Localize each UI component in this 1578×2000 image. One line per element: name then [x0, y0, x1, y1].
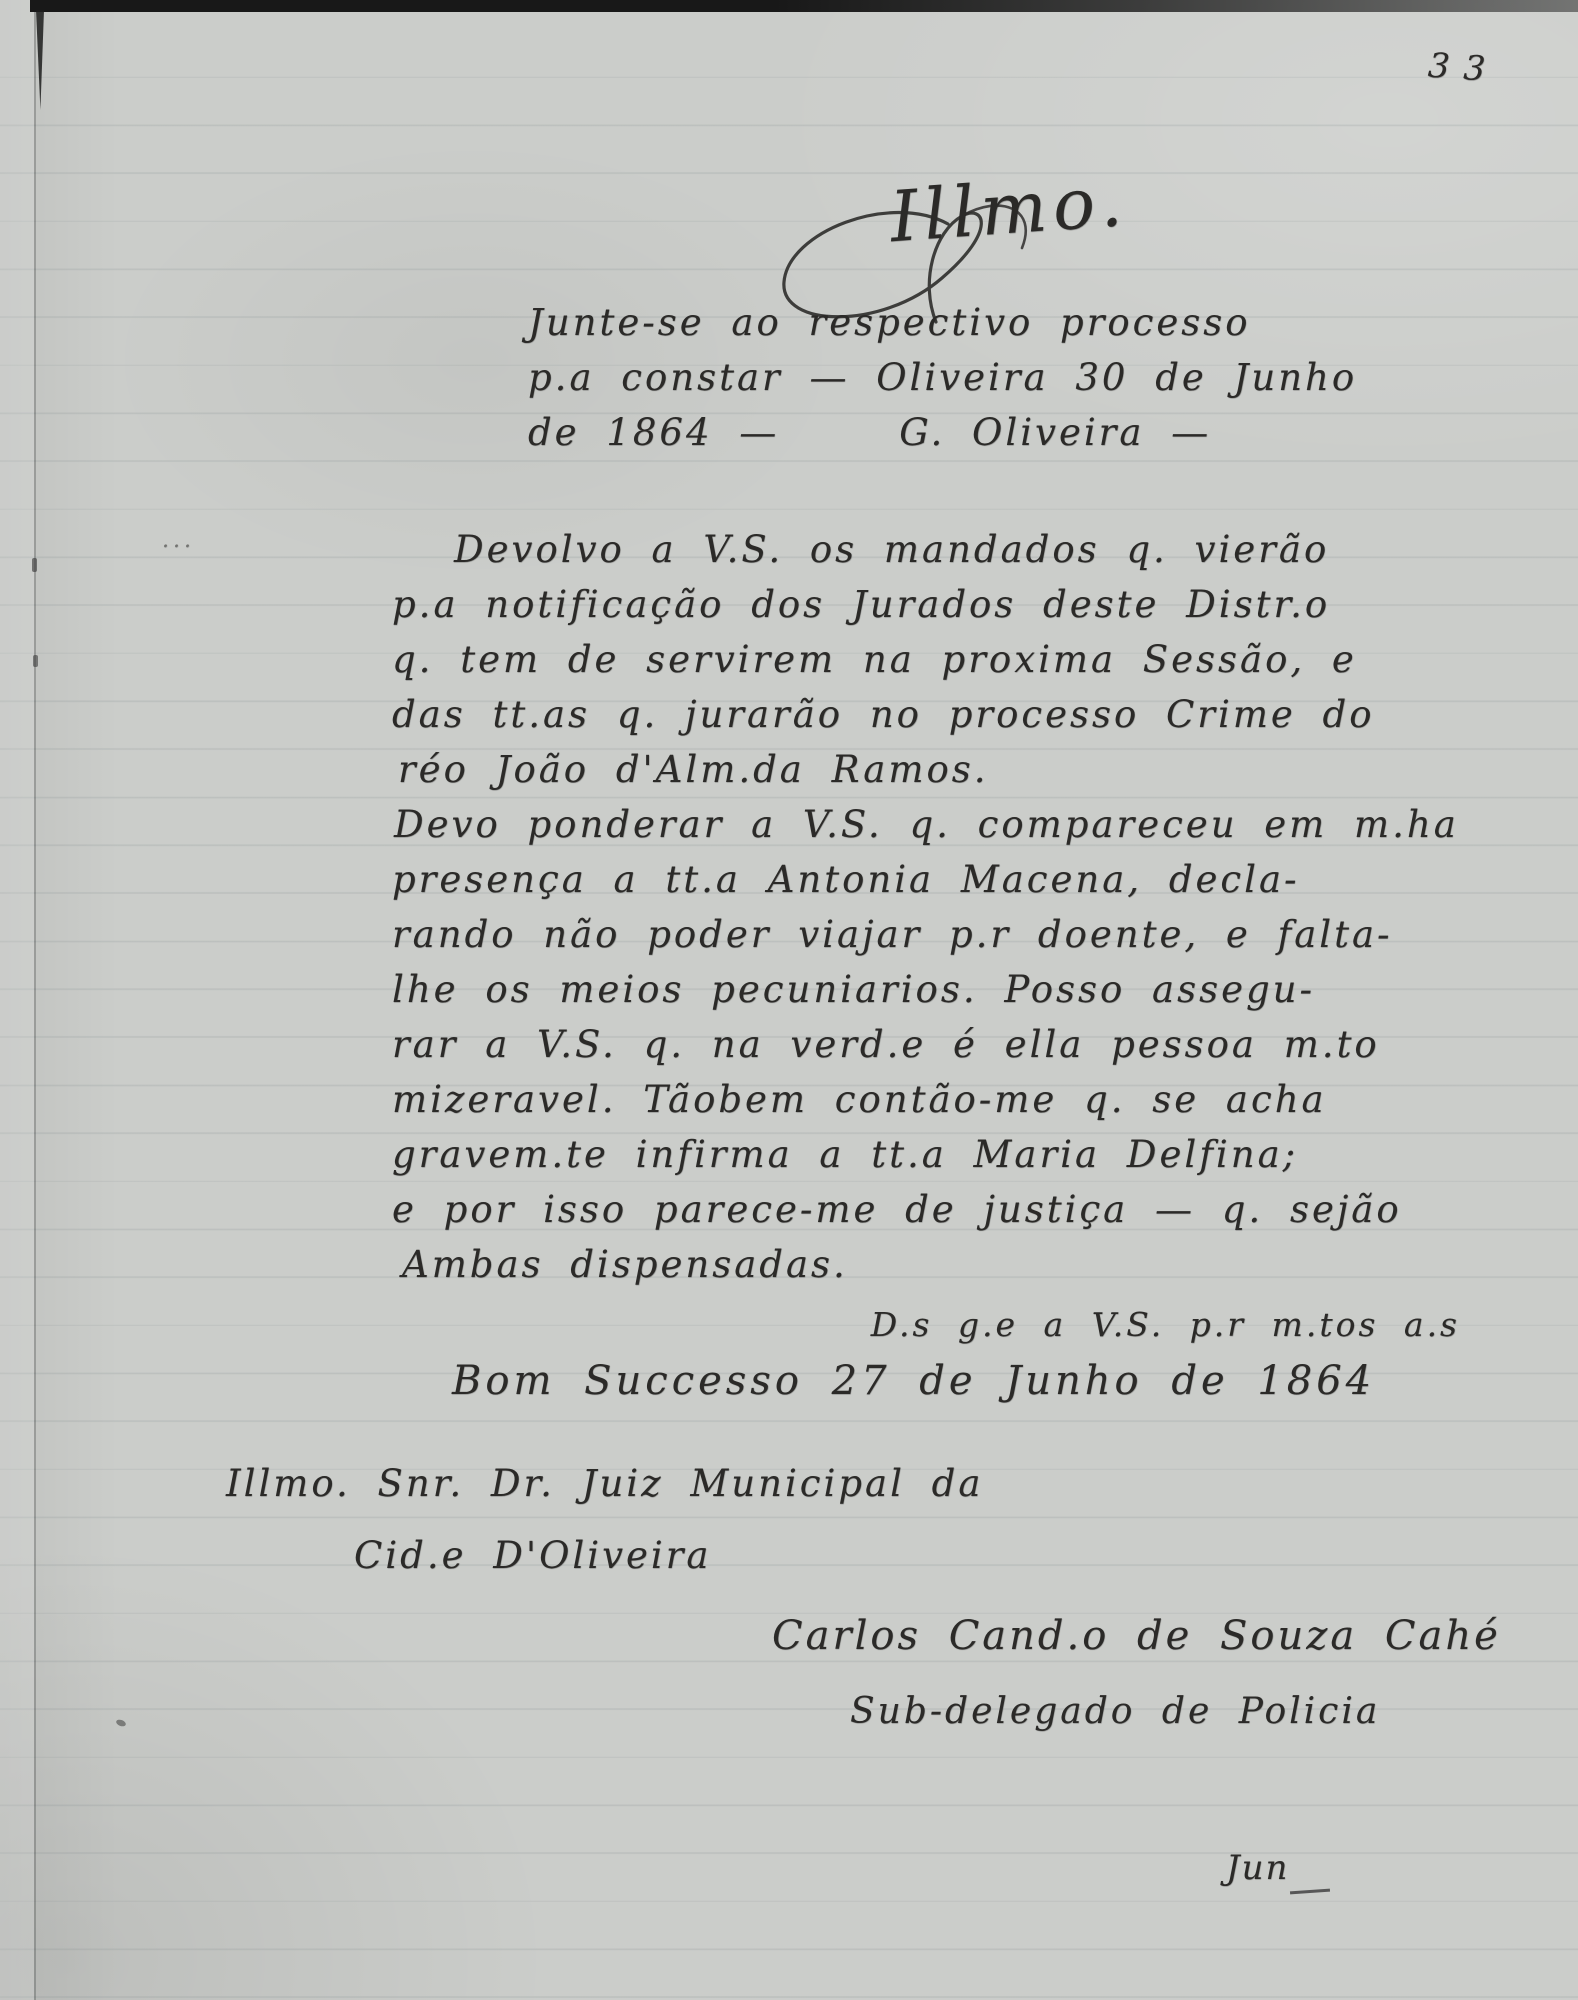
fold-crease — [34, 0, 36, 2000]
body-line: mizeravel. Tãobem contão-me q. se acha — [392, 1072, 1459, 1127]
closing-dateline: Bom Successo 27 de Junho de 1864 — [452, 1358, 1375, 1404]
dispatch-date: de 1864 — — [528, 411, 779, 454]
scan-edge-corner — [36, 10, 44, 110]
binding-margin — [0, 0, 34, 2000]
ink-speck — [33, 655, 38, 667]
body-line: e por isso parece-me de justiça — q. sej… — [392, 1182, 1459, 1237]
dispatch-line: p.a constar — Oliveira 30 de Junho — [528, 350, 1357, 405]
body-line: rando não poder viajar p.r doente, e fal… — [392, 907, 1459, 962]
body-line: Ambas dispensadas. — [392, 1237, 1459, 1292]
addressee-line: Illmo. Snr. Dr. Juiz Municipal da — [226, 1448, 983, 1520]
ink-speck — [115, 1718, 126, 1727]
body-line: p.a notificação dos Jurados deste Distr.… — [392, 577, 1459, 632]
body-line: gravem.te infirma a tt.a Maria Delfina; — [392, 1127, 1459, 1182]
salutation-text: Illmo. — [887, 160, 1130, 258]
page-number: 33 — [1427, 46, 1501, 91]
signature-block: Carlos Cand.o de Souza Cahé Sub-delegado… — [772, 1598, 1501, 1750]
body-line: réo João d'Alm.da Ramos. — [392, 742, 1459, 797]
addressee-line: Cid.e D'Oliveira — [226, 1520, 983, 1592]
body-line: q. tem de servirem na proxima Sessão, e — [392, 632, 1459, 687]
addressee-block: Illmo. Snr. Dr. Juiz Municipal da Cid.e … — [226, 1448, 983, 1592]
margin-marks: ... — [162, 528, 195, 553]
body-line: das tt.as q. jurarão no processo Crime d… — [392, 687, 1459, 742]
signature-name: Carlos Cand.o de Souza Cahé — [772, 1598, 1501, 1674]
dispatch-line: Junte-se ao respectivo processo — [528, 295, 1357, 350]
ink-speck — [32, 558, 37, 572]
dispatch-line: de 1864 —G. Oliveira — — [528, 405, 1357, 460]
body-line: Devo ponderar a V.S. q. compareceu em m.… — [392, 797, 1459, 852]
closing-blessing: D.s g.e a V.S. p.r m.tos a.s — [871, 1305, 1460, 1344]
body-line: rar a V.S. q. na verd.e é ella pessoa m.… — [392, 1017, 1459, 1072]
dispatch-note: Junte-se ao respectivo processo p.a cons… — [528, 295, 1357, 460]
footer-mark: Jun — [1226, 1848, 1289, 1888]
signature-title: Sub-delegado de Policia — [772, 1674, 1501, 1750]
dispatch-signature: G. Oliveira — — [899, 405, 1211, 460]
body-line: presença a tt.a Antonia Macena, decla- — [392, 852, 1459, 907]
body-line: Devolvo a V.S. os mandados q. vierão — [392, 522, 1459, 577]
body-line: lhe os meios pecuniarios. Posso assegu- — [392, 962, 1459, 1017]
footer-underline — [1290, 1889, 1330, 1895]
letter-body: Devolvo a V.S. os mandados q. vierão p.a… — [392, 522, 1459, 1292]
scan-edge-top — [30, 0, 1578, 12]
manuscript-page: 33 Illmo. Junte-se ao respectivo process… — [0, 0, 1578, 2000]
